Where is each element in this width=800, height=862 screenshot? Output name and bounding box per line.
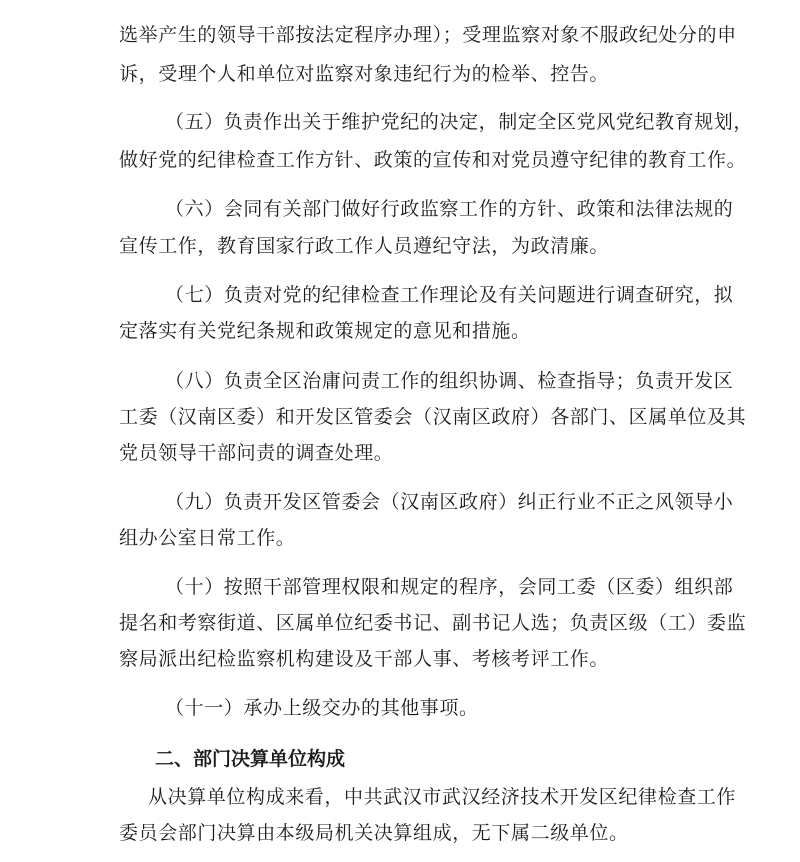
paragraph-line-item-10: （十）按照干部管理权限和规定的程序，会同工委（区委）组织部	[165, 575, 733, 599]
paragraph-line: 选举产生的领导干部按法定程序办理）；受理监察对象不服政纪处分的申	[119, 23, 737, 47]
paragraph-line: 诉，受理个人和单位对监察对象违纪行为的检举、控告。	[119, 62, 609, 86]
paragraph-line-item-8: （八）负责全区治庸问责工作的组织协调、检查指导；负责开发区	[165, 369, 733, 393]
paragraph-line-item-11: （十一）承办上级交办的其他事项。	[165, 696, 479, 720]
paragraph-line: 提名和考察街道、区属单位纪委书记、副书记人选；负责区级（工）委监	[119, 611, 746, 635]
paragraph-line: 组办公室日常工作。	[119, 526, 295, 550]
paragraph-line-item-5: （五）负责作出关于维护党纪的决定，制定全区党风党纪教育规划，	[165, 110, 753, 134]
paragraph-line: 宣传工作，教育国家行政工作人员遵纪守法，为政清廉。	[119, 234, 609, 258]
paragraph-line-item-7: （七）负责对党的纪律检查工作理论及有关问题进行调查研究，拟	[165, 283, 733, 307]
paragraph-line: 委员会部门决算由本级局机关决算组成，无下属二级单位。	[119, 821, 629, 845]
paragraph-line-item-9: （九）负责开发区管委会（汉南区政府）纠正行业不正之风领导小	[165, 490, 733, 514]
paragraph-line-unit-composition: 从决算单位构成来看，中共武汉市武汉经济技术开发区纪律检查工作	[148, 785, 736, 809]
document-page: 选举产生的领导干部按法定程序办理）；受理监察对象不服政纪处分的申 诉，受理个人和…	[0, 0, 800, 862]
paragraph-line: 定落实有关党纪条规和政策规定的意见和措施。	[119, 319, 531, 343]
paragraph-line: 做好党的纪律检查工作方针、政策的宣传和对党员遵守纪律的教育工作。	[119, 148, 746, 172]
paragraph-line-item-6: （六）会同有关部门做好行政监察工作的方针、政策和法律法规的	[165, 197, 733, 221]
paragraph-line: 工委（汉南区委）和开发区管委会（汉南区政府）各部门、区属单位及其	[119, 405, 746, 429]
paragraph-line: 党员领导干部问责的调查处理。	[119, 441, 393, 465]
paragraph-line: 察局派出纪检监察机构建设及干部人事、考核考评工作。	[119, 647, 609, 671]
section-heading: 二、部门决算单位构成	[155, 747, 345, 771]
